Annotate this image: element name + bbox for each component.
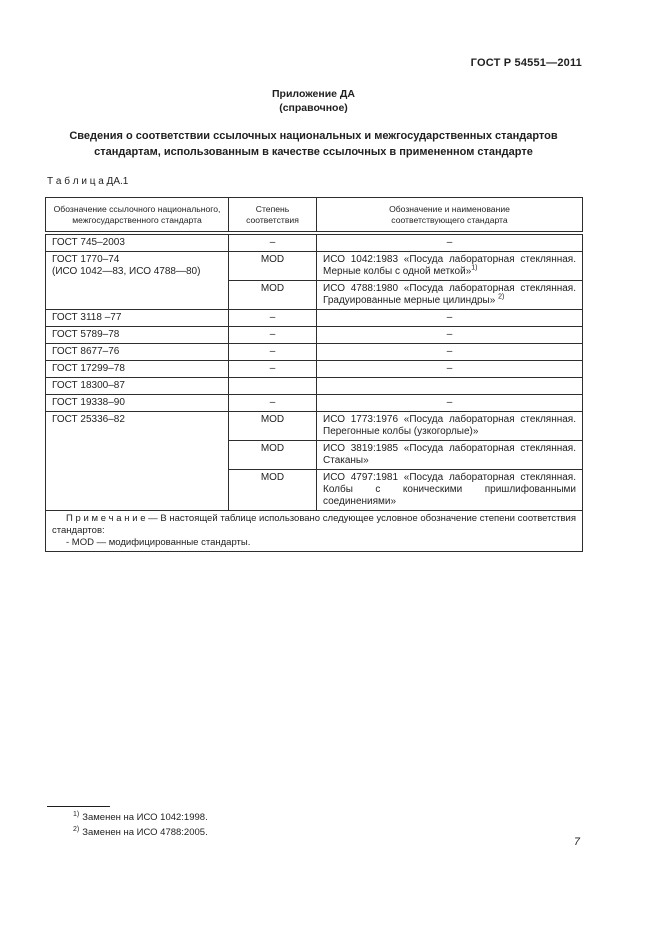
correspondence-table: Обозначение ссылочного национального, ме… xyxy=(45,197,583,552)
table-row: ГОСТ 17299–78 – – xyxy=(46,361,583,378)
cell-degree: – xyxy=(229,310,317,327)
header-degree: Степень соответствия xyxy=(229,198,317,234)
footnote-1: 1)Заменен на ИСО 1042:1998. xyxy=(45,810,208,825)
cell-degree: – xyxy=(229,361,317,378)
table-row: ГОСТ 8677–76 – – xyxy=(46,344,583,361)
cell-standard: ГОСТ 3118 –77 xyxy=(46,310,229,327)
table-row: ГОСТ 18300–87 xyxy=(46,378,583,395)
footnote-separator xyxy=(47,806,110,807)
cell-corresponding: ИСО 1773:1976 «Посуда лабораторная стекл… xyxy=(317,412,583,441)
table-note-row: П р и м е ч а н и е — В настоящей таблиц… xyxy=(46,511,583,552)
cell-corresponding: – xyxy=(317,361,583,378)
footnote-ref-1: 1) xyxy=(471,265,477,272)
document-page: ГОСТ Р 54551—2011 Приложение ДА (справоч… xyxy=(0,0,661,935)
appendix-heading: Приложение ДА (справочное) xyxy=(45,87,582,115)
header-national-standard: Обозначение ссылочного национального, ме… xyxy=(46,198,229,234)
standard-code-header: ГОСТ Р 54551—2011 xyxy=(45,57,582,69)
page-number: 7 xyxy=(574,836,580,848)
appendix-label: Приложение ДА xyxy=(45,87,582,101)
footnote-ref-2: 2) xyxy=(498,294,504,301)
cell-degree: – xyxy=(229,327,317,344)
cell-standard: ГОСТ 8677–76 xyxy=(46,344,229,361)
cell-degree xyxy=(229,378,317,395)
cell-degree: MOD xyxy=(229,412,317,441)
cell-degree: MOD xyxy=(229,441,317,470)
table-row: ГОСТ 3118 –77 – – xyxy=(46,310,583,327)
cell-corresponding xyxy=(317,378,583,395)
cell-standard: ГОСТ 5789–78 xyxy=(46,327,229,344)
cell-standard: ГОСТ 1770–74 (ИСО 1042—83, ИСО 4788—80) xyxy=(46,252,229,310)
table-header-row: Обозначение ссылочного национального, ме… xyxy=(46,198,583,234)
note-mod-line: - MOD — модифицированные стандарты. xyxy=(52,537,576,549)
cell-corresponding: ИСО 4788:1980 «Посуда лабораторная стекл… xyxy=(317,281,583,310)
footnote-2: 2)Заменен на ИСО 4788:2005. xyxy=(45,825,208,840)
page-content: ГОСТ Р 54551—2011 Приложение ДА (справоч… xyxy=(45,0,582,935)
table-row: ГОСТ 5789–78 – – xyxy=(46,327,583,344)
table-row: ГОСТ 25336–82 MOD ИСО 1773:1976 «Посуда … xyxy=(46,412,583,441)
cell-standard: ГОСТ 25336–82 xyxy=(46,412,229,511)
cell-degree: MOD xyxy=(229,470,317,511)
cell-standard: ГОСТ 19338–90 xyxy=(46,395,229,412)
appendix-kind: (справочное) xyxy=(45,101,582,115)
footnotes-block: 1)Заменен на ИСО 1042:1998. 2)Заменен на… xyxy=(45,806,208,840)
cell-corresponding: – xyxy=(317,310,583,327)
note-label: П р и м е ч а н и е xyxy=(66,513,146,524)
cell-degree: – xyxy=(229,395,317,412)
cell-corresponding: ИСО 3819:1985 «Посуда лабораторная стекл… xyxy=(317,441,583,470)
cell-corresponding: ИСО 4797:1981 «Посуда лабораторная стекл… xyxy=(317,470,583,511)
table-row: ГОСТ 19338–90 – – xyxy=(46,395,583,412)
table-note: П р и м е ч а н и е — В настоящей таблиц… xyxy=(46,511,583,552)
cell-degree: MOD xyxy=(229,252,317,281)
table-row: ГОСТ 1770–74 (ИСО 1042—83, ИСО 4788—80) … xyxy=(46,252,583,281)
cell-corresponding: – xyxy=(317,344,583,361)
cell-corresponding: – xyxy=(317,233,583,252)
section-title: Сведения о соответствии ссылочных национ… xyxy=(45,128,582,160)
table-row: ГОСТ 745–2003 – – xyxy=(46,233,583,252)
cell-degree: – xyxy=(229,233,317,252)
section-title-line2: стандартам, использованным в качестве сс… xyxy=(45,144,582,160)
cell-corresponding: – xyxy=(317,327,583,344)
table-caption: Т а б л и ц а ДА.1 xyxy=(47,176,128,187)
section-title-line1: Сведения о соответствии ссылочных национ… xyxy=(45,128,582,144)
cell-standard: ГОСТ 18300–87 xyxy=(46,378,229,395)
cell-corresponding: ИСО 1042:1983 «Посуда лабораторная стекл… xyxy=(317,252,583,281)
cell-corresponding: – xyxy=(317,395,583,412)
cell-degree: MOD xyxy=(229,281,317,310)
cell-standard: ГОСТ 17299–78 xyxy=(46,361,229,378)
cell-standard: ГОСТ 745–2003 xyxy=(46,233,229,252)
cell-degree: – xyxy=(229,344,317,361)
header-corresponding-standard: Обозначение и наименование соответствующ… xyxy=(317,198,583,234)
